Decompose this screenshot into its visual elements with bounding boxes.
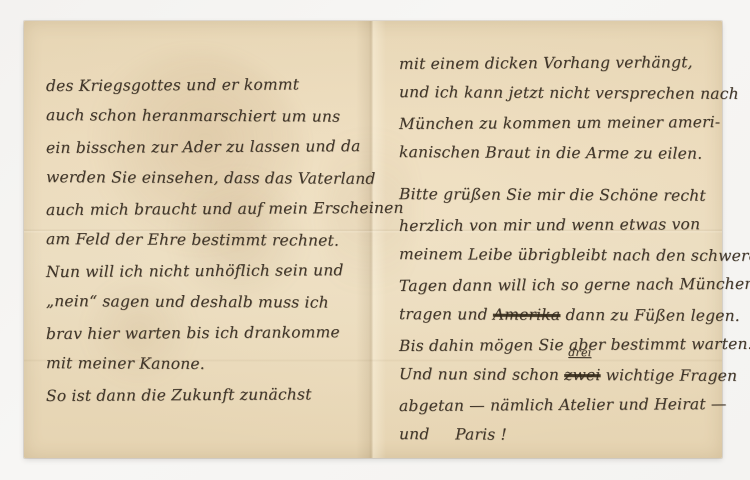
handwriting-line: auch schon heranmarschiert um uns: [46, 100, 381, 133]
handwriting-line: Bis dahin mögen Sie aber bestimmt warten…: [399, 329, 734, 361]
handwriting-line: Tagen dann will ich so gerne nach Münche…: [399, 269, 734, 301]
right-page: mit einem dicken Vorhang verhängt, und i…: [399, 48, 734, 450]
letter-paper: des Kriegsgottes und er kommt auch schon…: [24, 21, 722, 458]
handwriting-line: und Paris !: [399, 419, 734, 451]
handwriting-line: mit einem dicken Vorhang verhängt,: [399, 47, 734, 79]
handwriting-line: auch mich braucht und auf mein Erscheine…: [46, 193, 381, 226]
handwriting-line: am Feld der Ehre bestimmt rechnet.: [46, 224, 381, 257]
handwriting-line: und ich kann jetzt nicht versprechen nac…: [399, 77, 734, 109]
handwriting-line: kanischen Braut in die Arme zu eilen.: [399, 137, 734, 169]
handwriting-line: des Kriegsgottes und er kommt: [46, 69, 381, 102]
paragraph-gap: [399, 168, 734, 180]
line-text: dann zu Füßen legen.: [560, 306, 740, 325]
handwriting-line: ein bisschen zur Ader zu lassen und da: [46, 131, 381, 164]
left-page: des Kriegsgottes und er kommt auch schon…: [46, 70, 381, 411]
handwriting-line: brav hier warten bis ich drankomme: [46, 317, 381, 350]
handwriting-line: abgetan — nämlich Atelier und Heirat —: [399, 389, 734, 421]
crossed-out-word: zwei: [564, 366, 600, 384]
line-text: Und nun sind schon: [399, 365, 564, 384]
scan-background: des Kriegsgottes und er kommt auch schon…: [0, 0, 750, 480]
handwriting-line: werden Sie einsehen, dass das Vaterland: [46, 162, 381, 195]
handwriting-line: mit meiner Kanone.: [46, 348, 381, 381]
handwriting-line: herzlich von mir und wenn etwas von: [399, 209, 734, 241]
handwriting-line: So ist dann die Zukunft zunächst: [46, 379, 381, 412]
line-text: wichtige Fragen: [601, 366, 738, 385]
handwriting-line: meinem Leibe übrigbleibt nach den schwer…: [399, 239, 734, 271]
handwriting-line: Bitte grüßen Sie mir die Schöne recht: [399, 179, 734, 211]
correction-group: dreizwei: [564, 360, 601, 390]
handwriting-line: „nein“ sagen und deshalb muss ich: [46, 286, 381, 319]
handwriting-line: Nun will ich nicht unhöflich sein und: [46, 255, 381, 288]
handwriting-line: München zu kommen um meiner ameri-: [399, 107, 734, 139]
inserted-word-above: drei: [568, 347, 591, 358]
crossed-out-word: Amerika: [493, 306, 561, 324]
handwriting-line-with-correction: Und nun sind schon dreizwei wichtige Fra…: [399, 359, 734, 391]
line-text: tragen und: [399, 305, 493, 323]
handwriting-line-with-strikethrough: tragen und Amerika dann zu Füßen legen.: [399, 299, 734, 331]
